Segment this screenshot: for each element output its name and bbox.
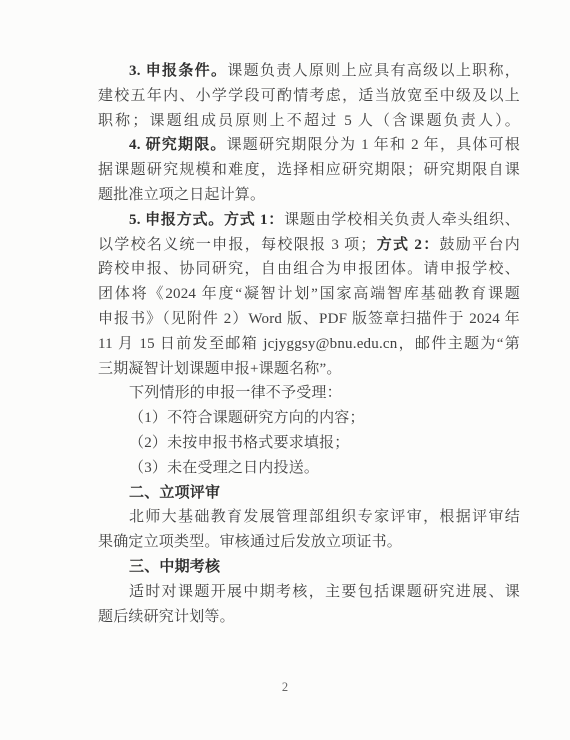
text-run: 11 月 15 日前发至邮箱 jcjyggsy@bnu.edu.cn，邮件主题为…: [98, 336, 520, 352]
text-run: 北师大基础教育发展管理部组织专家评审，根据评审结: [129, 509, 520, 525]
text-run: 据课题研究规模和难度，选择相应研究期限；研究期限自课: [98, 162, 520, 178]
text-run: 课题研究期限分为 1 年和 2 年，具体可根: [227, 137, 520, 153]
text-line: 据课题研究规模和难度，选择相应研究期限；研究期限自课: [98, 158, 520, 183]
text-run: 鼓励平台内: [440, 237, 520, 253]
text-line: 以学校名义统一申报，每校限报 3 项；方式 2：鼓励平台内: [98, 233, 520, 258]
text-line: 下列情形的申报一律不予受理：: [98, 381, 520, 406]
text-run: 题后续研究计划等。: [98, 609, 235, 625]
text-line: 4. 研究期限。课题研究期限分为 1 年和 2 年，具体可根: [98, 133, 520, 158]
text-run: 二、立项评审: [129, 485, 220, 501]
text-line: （1）不符合课题研究方向的内容；: [98, 406, 520, 431]
text-run: 方式 2：: [376, 237, 440, 253]
text-run: 三期凝智计划课题申报+课题名称”。: [98, 361, 342, 377]
text-run: 3. 申报条件。: [129, 63, 227, 79]
text-line: 题后续研究计划等。: [98, 605, 520, 630]
text-run: （2）未按申报书格式要求填报；: [129, 435, 350, 451]
text-run: 下列情形的申报一律不予受理：: [129, 385, 342, 401]
text-run: 以学校名义统一申报，每校限报 3 项；: [98, 237, 376, 253]
text-line: 职称；课题组成员原则上不超过 5 人（含课题负责人）。: [98, 109, 520, 134]
text-run: 题批准立项之日起计算。: [98, 187, 265, 203]
text-run: 三、中期考核: [129, 559, 220, 575]
text-line: 建校五年内、小学学段可酌情考虑，适当放宽至中级及以上: [98, 84, 520, 109]
text-line: 跨校申报、协同研究，自由组合为申报团体。请申报学校、: [98, 257, 520, 282]
text-line: （2）未按申报书格式要求填报；: [98, 431, 520, 456]
text-run: 建校五年内、小学学段可酌情考虑，适当放宽至中级及以上: [98, 88, 520, 104]
text-run: （1）不符合课题研究方向的内容；: [129, 410, 365, 426]
text-line: 果确定立项类型。审核通过后发放立项证书。: [98, 530, 520, 555]
text-line: 三期凝智计划课题申报+课题名称”。: [98, 357, 520, 382]
document-body: 3. 申报条件。课题负责人原则上应具有高级以上职称，建校五年内、小学学段可酌情考…: [98, 59, 520, 629]
text-run: 课题负责人原则上应具有高级以上职称，: [227, 63, 520, 79]
text-line: 北师大基础教育发展管理部组织专家评审，根据评审结: [98, 505, 520, 530]
text-run: 课题由学校相关负责人牵头组织、: [284, 212, 520, 228]
text-run: 适时对课题开展中期考核，主要包括课题研究进展、课: [129, 584, 520, 600]
text-line: （3）未在受理之日内投送。: [98, 456, 520, 481]
text-line: 适时对课题开展中期考核，主要包括课题研究进展、课: [98, 580, 520, 605]
page-number: 2: [0, 680, 570, 695]
text-run: 申报书》（见附件 2）Word 版、PDF 版签章扫描件于 2024 年: [98, 311, 520, 327]
text-line: 11 月 15 日前发至邮箱 jcjyggsy@bnu.edu.cn，邮件主题为…: [98, 332, 520, 357]
text-run: 团体将《2024 年度“凝智计划”国家高端智库基础教育课题: [98, 286, 520, 302]
text-run: 4. 研究期限。: [129, 137, 227, 153]
text-run: 职称；课题组成员原则上不超过 5 人（含课题负责人）。: [98, 113, 520, 129]
text-line: 3. 申报条件。课题负责人原则上应具有高级以上职称，: [98, 59, 520, 84]
heading-line: 二、立项评审: [98, 481, 520, 506]
text-line: 团体将《2024 年度“凝智计划”国家高端智库基础教育课题: [98, 282, 520, 307]
text-run: （3）未在受理之日内投送。: [129, 460, 319, 476]
text-run: 跨校申报、协同研究，自由组合为申报团体。请申报学校、: [98, 261, 520, 277]
document-page: 3. 申报条件。课题负责人原则上应具有高级以上职称，建校五年内、小学学段可酌情考…: [0, 0, 570, 740]
text-run: 5. 申报方式。方式 1：: [129, 212, 284, 228]
text-line: 5. 申报方式。方式 1：课题由学校相关负责人牵头组织、: [98, 208, 520, 233]
text-run: 果确定立项类型。审核通过后发放立项证书。: [98, 534, 402, 550]
text-line: 题批准立项之日起计算。: [98, 183, 520, 208]
text-line: 申报书》（见附件 2）Word 版、PDF 版签章扫描件于 2024 年: [98, 307, 520, 332]
heading-line: 三、中期考核: [98, 555, 520, 580]
